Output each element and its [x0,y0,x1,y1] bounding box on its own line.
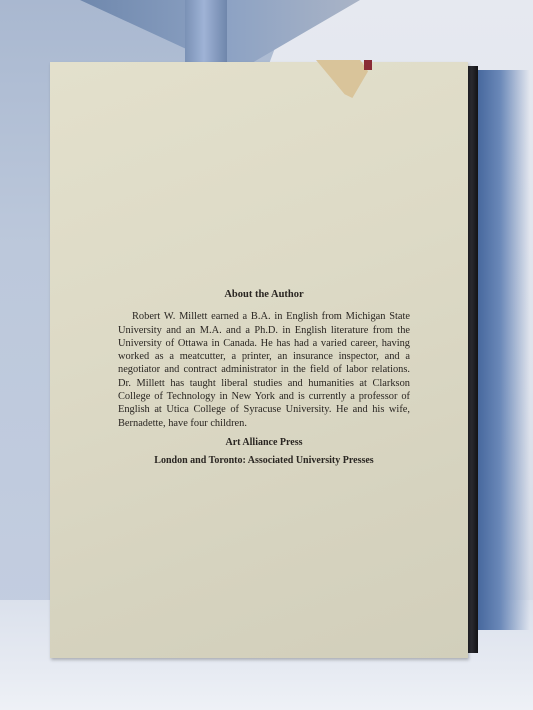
distributor-line: London and Toronto: Associated Universit… [118,454,410,468]
photo-scene: About the Author Robert W. Millett earne… [0,0,533,710]
publisher-name: Art Alliance Press [118,436,410,450]
author-blurb: About the Author Robert W. Millett earne… [118,288,410,468]
book-shadow [470,70,530,630]
about-author-heading: About the Author [118,288,410,301]
torn-corner-inner [364,60,372,70]
backdrop-post [185,0,227,62]
author-bio: Robert W. Millett earned a B.A. in Engli… [118,310,410,430]
